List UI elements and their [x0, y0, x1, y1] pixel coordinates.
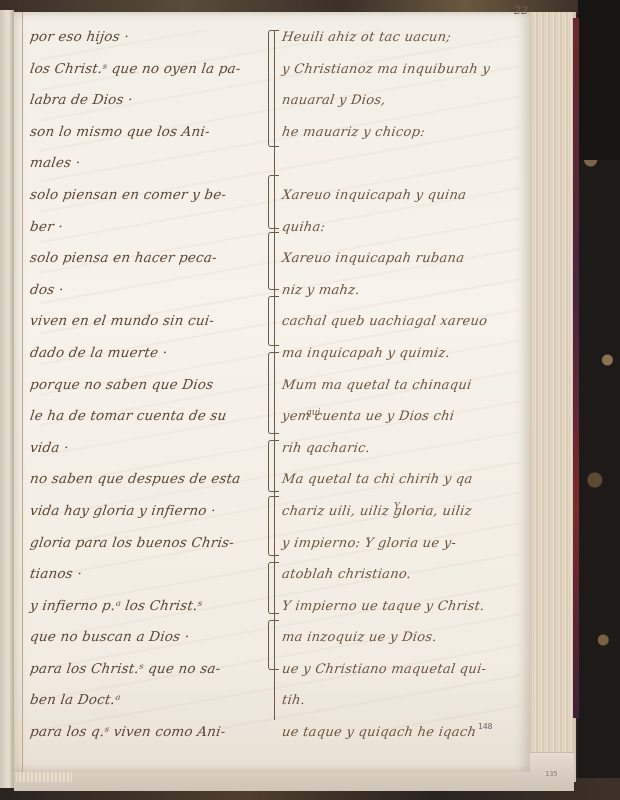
book-cover-dark — [578, 0, 620, 160]
text-line: vida hay gloria y infierno · — [28, 496, 272, 528]
text-line: no saben que despues de esta — [28, 464, 272, 496]
text-line: ue taque y quiqach he iqach — [280, 717, 534, 749]
text-line: Heuili ahiz ot tac uacun; — [280, 22, 534, 54]
text-line: dado de la muerte · — [28, 338, 272, 370]
text-line: le ha de tomar cuenta de su — [28, 401, 272, 433]
superscript-insertion: qui — [306, 408, 320, 418]
spanish-column: por eso hijos · los Christ.ˢ que no oyen… — [30, 22, 270, 749]
text-line: porque no saben que Dios — [28, 370, 272, 402]
text-line: y infierno p.ᵃ los Christ.ˢ — [28, 591, 272, 623]
text-line: por eso hijos · — [28, 22, 272, 54]
text-line: para los q.ˢ viven como Ani- — [28, 717, 272, 749]
text-line: y impierno: Y gloria ue y- — [280, 528, 534, 560]
stamp-number-lower: 135 — [545, 770, 558, 778]
text-line: ber · — [28, 212, 272, 244]
text-line: solo piensa en hacer peca- — [28, 243, 272, 275]
text-line: labra de Dios · — [28, 85, 272, 117]
superscript-insertion: Y — [394, 502, 400, 512]
text-line: vida · — [28, 433, 272, 465]
text-line: he mauariz y chicop: — [280, 117, 534, 149]
text-line: ue y Christiano maquetal qui- — [280, 654, 534, 686]
text-line: solo piensan en comer y be- — [28, 180, 272, 212]
text-line: los Christ.ˢ que no oyen la pa- — [28, 54, 272, 86]
text-line: cachal queb uachiagal xareuo — [280, 306, 534, 338]
text-line: tianos · — [28, 559, 272, 591]
text-line: que no buscan a Dios · — [28, 622, 272, 654]
page-margin-line — [22, 12, 23, 772]
text-line: chariz uili, uiliz gloria, uiliz — [280, 496, 534, 528]
text-line: ben la Doct.ᵃ — [28, 685, 272, 717]
book-spine-edge — [0, 10, 14, 788]
text-line: ma inzoquiz ue y Dios. — [280, 622, 534, 654]
text-line: nauaral y Dios, — [280, 85, 534, 117]
text-line: ma inquicapah y quimiz. — [280, 338, 534, 370]
text-line: dos · — [28, 275, 272, 307]
folio-number: 22 — [514, 4, 528, 17]
text-line: Xareuo inquicapah y quina — [280, 180, 534, 212]
text-line: Ma quetal ta chi chirih y qa — [280, 464, 534, 496]
book-red-edge — [573, 18, 579, 718]
text-line: niz y mahz. — [280, 275, 534, 307]
text-line — [280, 148, 534, 180]
text-line: Mum ma quetal ta chinaqui — [280, 370, 534, 402]
text-line: tih. — [280, 685, 534, 717]
translation-column: Heuili ahiz ot tac uacun; y Christianoz … — [282, 22, 532, 749]
text-line: quiha: — [280, 212, 534, 244]
text-line: atoblah christiano. — [280, 559, 534, 591]
text-line: rih qacharic. — [280, 433, 534, 465]
text-line: Xareuo inquicapah rubana — [280, 243, 534, 275]
text-line: viven en el mundo sin cui- — [28, 306, 272, 338]
text-line: para los Christ.ˢ que no sa- — [28, 654, 272, 686]
text-line: y Christianoz ma inquiburah y — [280, 54, 534, 86]
text-line: males · — [28, 148, 272, 180]
text-line: gloria para los buenos Chris- — [28, 528, 272, 560]
text-line: son lo mismo que los Ani- — [28, 117, 272, 149]
text-line: Y impierno ue taque y Christ. — [280, 591, 534, 623]
